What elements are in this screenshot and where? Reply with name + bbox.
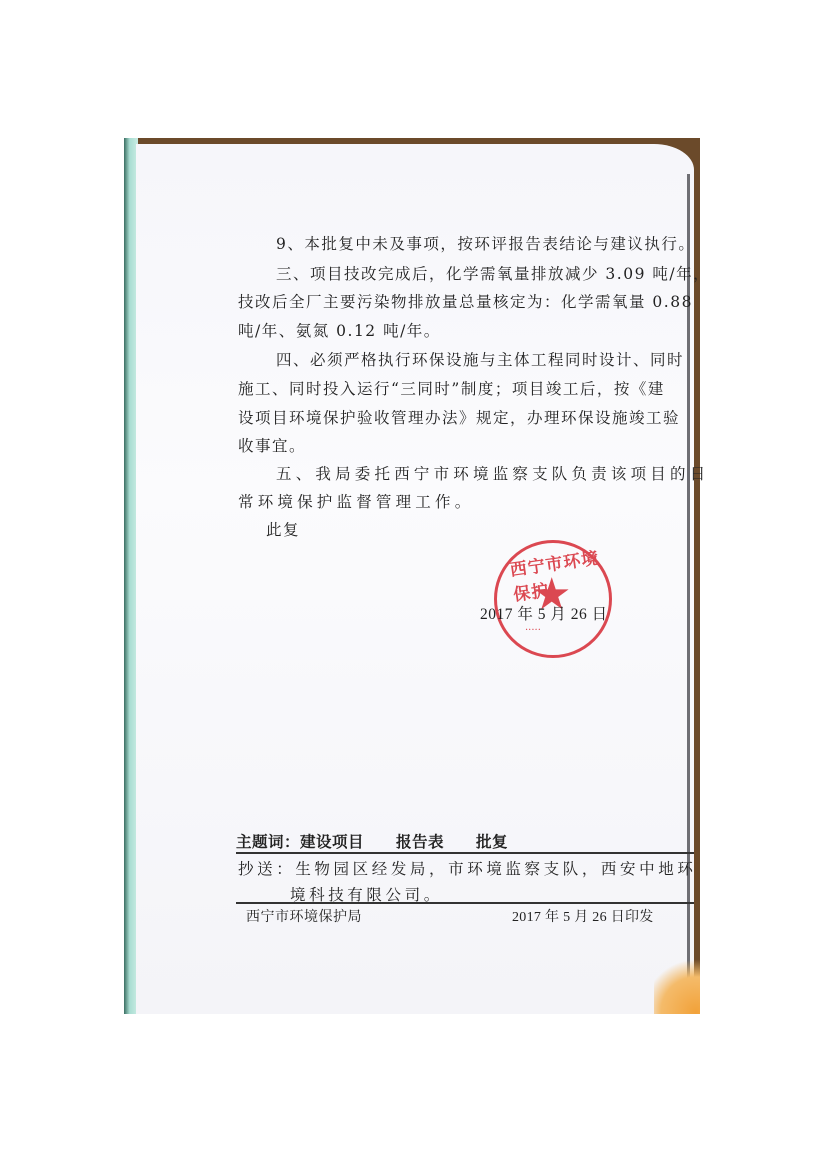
issue-date: 2017 年 5 月 26 日印发 — [512, 906, 654, 926]
paragraph-five-line1: 五、我局委托西宁市环境监察支队负责该项目的日 — [276, 462, 709, 484]
background-object — [654, 956, 700, 1014]
paragraph-four-line3: 设项目环境保护验收管理办法》规定，办理环保设施竣工验 — [238, 406, 680, 428]
paragraph-three-line3: 吨/年、氨氮 0.12 吨/年。 — [238, 319, 441, 341]
paragraph-item-9: 9、本批复中未及事项，按环评报告表结论与建议执行。 — [276, 232, 695, 254]
paragraph-four-line1: 四、必须严格执行环保设施与主体工程同时设计、同时 — [276, 348, 684, 370]
paragraph-three-line2: 技改后全厂主要污染物排放量总量核定为：化学需氧量 0.88 — [238, 290, 693, 312]
official-seal: 西宁市环境保护 ★ ····· — [494, 540, 612, 658]
keywords-value: 建设项目 报告表 批复 — [300, 832, 508, 851]
paragraph-four-line2: 施工、同时投入运行“三同时”制度；项目竣工后，按《建 — [238, 377, 665, 399]
paragraph-four-line4: 收事宜。 — [238, 434, 306, 456]
issuer: 西宁市环境保护局 — [246, 906, 362, 926]
cc-line-1: 抄送：生物园区经发局，市环境监察支队，西安中地环 — [238, 857, 696, 879]
cc-recipients: 生物园区经发局，市环境监察支队，西安中地环 — [295, 860, 696, 878]
paragraph-three-line1: 三、项目技改完成后，化学需氧量排放减少 3.09 吨/年， — [276, 262, 710, 284]
keywords-label: 主题词： — [236, 832, 300, 851]
footer-rule-top — [236, 852, 694, 854]
closing-remark: 此复 — [266, 518, 300, 540]
cc-label: 抄送： — [238, 860, 295, 878]
seal-code: ····· — [525, 625, 541, 636]
paragraph-five-line2: 常环境保护监督管理工作。 — [238, 490, 474, 512]
footer-rule-bottom — [236, 902, 694, 904]
keywords-line: 主题词：建设项目 报告表 批复 — [236, 830, 508, 852]
signature-date: 2017 年 5 月 26 日 — [480, 602, 608, 624]
